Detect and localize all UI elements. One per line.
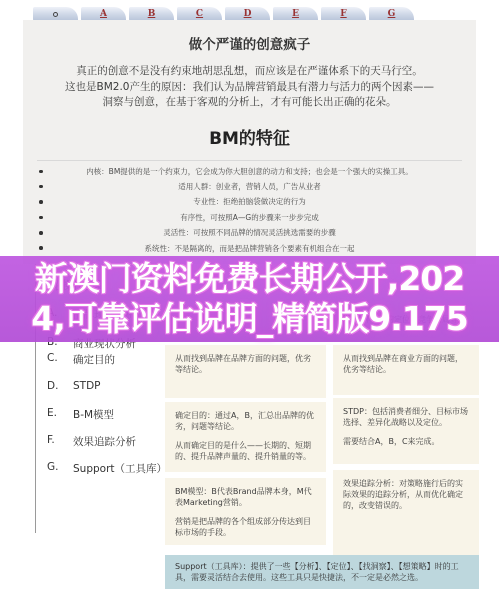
tab-f[interactable]: F bbox=[321, 7, 366, 21]
step-letter: E. bbox=[47, 407, 73, 422]
step-row-f: F. 效果追踪分析 bbox=[47, 434, 136, 449]
tab-e-label: E bbox=[292, 9, 299, 19]
card-support-toolbox: Support（工具库）：提供了一些【分析】、【定位】、【找洞察】、【想策略】时… bbox=[165, 555, 479, 589]
tab-f-label: F bbox=[340, 9, 346, 19]
bullet-item: 适用人群：创业者，营销人员，广告从业者 bbox=[23, 179, 476, 194]
card-text: STDP：包括消费者细分、目标市场选择、差异化战略以及定位。 bbox=[343, 406, 469, 428]
card-goal: 确定目的：通过A，B，汇总出品牌的优劣，问题等结论。 从而确定目的是什么——长期… bbox=[165, 402, 326, 472]
card-text: 效果追踪分析：对策略施行后的实际效果的追踪分析，从而优化确定的，改变错误的。 bbox=[343, 478, 469, 511]
step-label: 效果追踪分析 bbox=[73, 434, 136, 449]
bullet-item: 内核：BM提供的是一个约束力，它会成为你大胆创意的动力和支持；也会是一个强大的实… bbox=[23, 164, 476, 179]
card-brand-analysis: 从而找到品牌在品牌方面的问题，优劣等结论。 bbox=[165, 345, 326, 398]
intro-paragraph: 真正的创意不是没有约束地胡思乱想，而应该是在严谨体系下的天马行空。 这也是BM2… bbox=[23, 64, 476, 111]
overlay-text-line-2: 4,可靠评估说明_精简版9.175 bbox=[31, 299, 467, 339]
step-row-e: E. B-M模型 bbox=[47, 407, 114, 422]
tab-e[interactable]: E bbox=[273, 7, 318, 21]
bullet-dot-icon bbox=[39, 200, 43, 204]
card-business-analysis: 从而找到品牌在商业方面的问题，优劣等结论。 bbox=[333, 345, 479, 395]
page: A B C D E F G 做个严谨的创意疯子 真正的创意不是没有约束地胡思乱想… bbox=[0, 0, 499, 593]
bullet-dot-icon bbox=[39, 185, 43, 189]
card-text: 确定目的：通过A，B，汇总出品牌的优劣，问题等结论。 bbox=[175, 410, 316, 432]
features-bullet-list: 内核：BM提供的是一个约束力，它会成为你大胆创意的动力和支持；也会是一个强大的实… bbox=[23, 164, 476, 256]
step-row-c: C. 确定目的 bbox=[47, 352, 115, 367]
tab-d-label: D bbox=[244, 9, 252, 19]
step-letter: G. bbox=[47, 461, 73, 476]
bullet-item: 专业性：拒绝拍脑袋做决定的行为 bbox=[23, 194, 476, 209]
card-text: 营销是把品牌的各个组成部分传达到目标市场的手段。 bbox=[175, 516, 316, 538]
card-text: 从而确定目的是什么——长期的、短期的、提升品牌声量的、提升销量的等。 bbox=[175, 440, 316, 462]
bullet-item: 有序性，可按照A—G的步骤来一步步完成 bbox=[23, 210, 476, 225]
bullet-item: 灵活性：可按照不同品牌的情况灵活挑选需要的步骤 bbox=[23, 225, 476, 240]
tab-g[interactable]: G bbox=[369, 7, 414, 21]
bullet-text: 灵活性：可按照不同品牌的情况灵活挑选需要的步骤 bbox=[163, 227, 336, 238]
card-text: 需要结合A，B，C来完成。 bbox=[343, 436, 469, 447]
page-title: 做个严谨的创意疯子 bbox=[23, 20, 476, 53]
card-text: 从而找到品牌在品牌方面的问题，优劣等结论。 bbox=[175, 353, 316, 375]
bullet-dot-icon bbox=[39, 216, 43, 220]
tab-c-label: C bbox=[196, 9, 203, 19]
spam-overlay-banner: 新澳门资料免费长期公开,202 4,可靠评估说明_精简版9.175 bbox=[0, 256, 499, 342]
step-row-d: D. STDP bbox=[47, 380, 101, 392]
tab-a-label: A bbox=[100, 9, 107, 19]
bullet-text: 内核：BM提供的是一个约束力，它会成为你大胆创意的动力和支持；也会是一个强大的实… bbox=[86, 166, 413, 177]
overlay-text-line-1: 新澳门资料免费长期公开,202 bbox=[35, 259, 464, 299]
card-text: BM模型：B代表Brand品牌本身，M代表Marketing营销。 bbox=[175, 486, 316, 508]
intro-line-2: 这也是BM2.0产生的原因：我们认为品牌营销最具有潜力与活力的两个因素—— bbox=[23, 80, 476, 96]
bullet-text: 专业性：拒绝拍脑袋做决定的行为 bbox=[193, 196, 306, 207]
step-label: STDP bbox=[73, 380, 101, 392]
card-text: Support（工具库）：提供了一些【分析】、【定位】、【找洞察】、【想策略】时… bbox=[175, 561, 469, 583]
step-letter: D. bbox=[47, 380, 73, 392]
tab-b[interactable]: B bbox=[129, 7, 174, 21]
bullet-dot-icon bbox=[39, 231, 43, 235]
card-bm-model: BM模型：B代表Brand品牌本身，M代表Marketing营销。 营销是把品牌… bbox=[165, 478, 326, 545]
divider bbox=[37, 160, 462, 161]
bullet-dot-icon bbox=[39, 246, 43, 250]
step-label: B-M模型 bbox=[73, 407, 114, 422]
card-stdp: STDP：包括消费者细分、目标市场选择、差异化战略以及定位。 需要结合A，B，C… bbox=[333, 398, 479, 464]
intro-line-1: 真正的创意不是没有约束地胡思乱想，而应该是在严谨体系下的天马行空。 bbox=[23, 64, 476, 80]
bullet-text: 有序性，可按照A—G的步骤来一步步完成 bbox=[180, 212, 318, 223]
intro-line-3: 洞察与创意，在基于客观的分析上，才有可能长出正确的花朵。 bbox=[23, 95, 476, 111]
bullet-text: 适用人群：创业者，营销人员，广告从业者 bbox=[178, 181, 321, 192]
card-text: 从而找到品牌在商业方面的问题，优劣等结论。 bbox=[343, 353, 469, 375]
bm-features-title: BM的特征 bbox=[23, 124, 476, 149]
tab-d[interactable]: D bbox=[225, 7, 270, 21]
step-letter: C. bbox=[47, 352, 73, 367]
bullet-text: 系统性：不是隔离的，而是把品牌营销各个要素有机组合在一起 bbox=[145, 243, 355, 254]
content-sheet: 做个严谨的创意疯子 真正的创意不是没有约束地胡思乱想，而应该是在严谨体系下的天马… bbox=[23, 20, 476, 264]
step-label: Support（工具库） bbox=[73, 461, 167, 476]
tab-c[interactable]: C bbox=[177, 7, 222, 21]
circle-icon bbox=[53, 12, 58, 17]
bullet-dot-icon bbox=[39, 170, 43, 174]
step-letter: F. bbox=[47, 434, 73, 449]
tab-a[interactable]: A bbox=[81, 7, 126, 21]
step-row-g: G. Support（工具库） bbox=[47, 461, 167, 476]
tab-g-label: G bbox=[388, 9, 396, 19]
sheet-tab-bar: A B C D E F G bbox=[33, 7, 414, 21]
card-effect-tracking: 效果追踪分析：对策略施行后的实际效果的追踪分析，从而优化确定的，改变错误的。 bbox=[333, 470, 479, 555]
tab-b-label: B bbox=[148, 9, 156, 19]
step-label: 确定目的 bbox=[73, 352, 115, 367]
bullet-item: 系统性：不是隔离的，而是把品牌营销各个要素有机组合在一起 bbox=[23, 240, 476, 255]
tab-home[interactable] bbox=[33, 7, 78, 21]
